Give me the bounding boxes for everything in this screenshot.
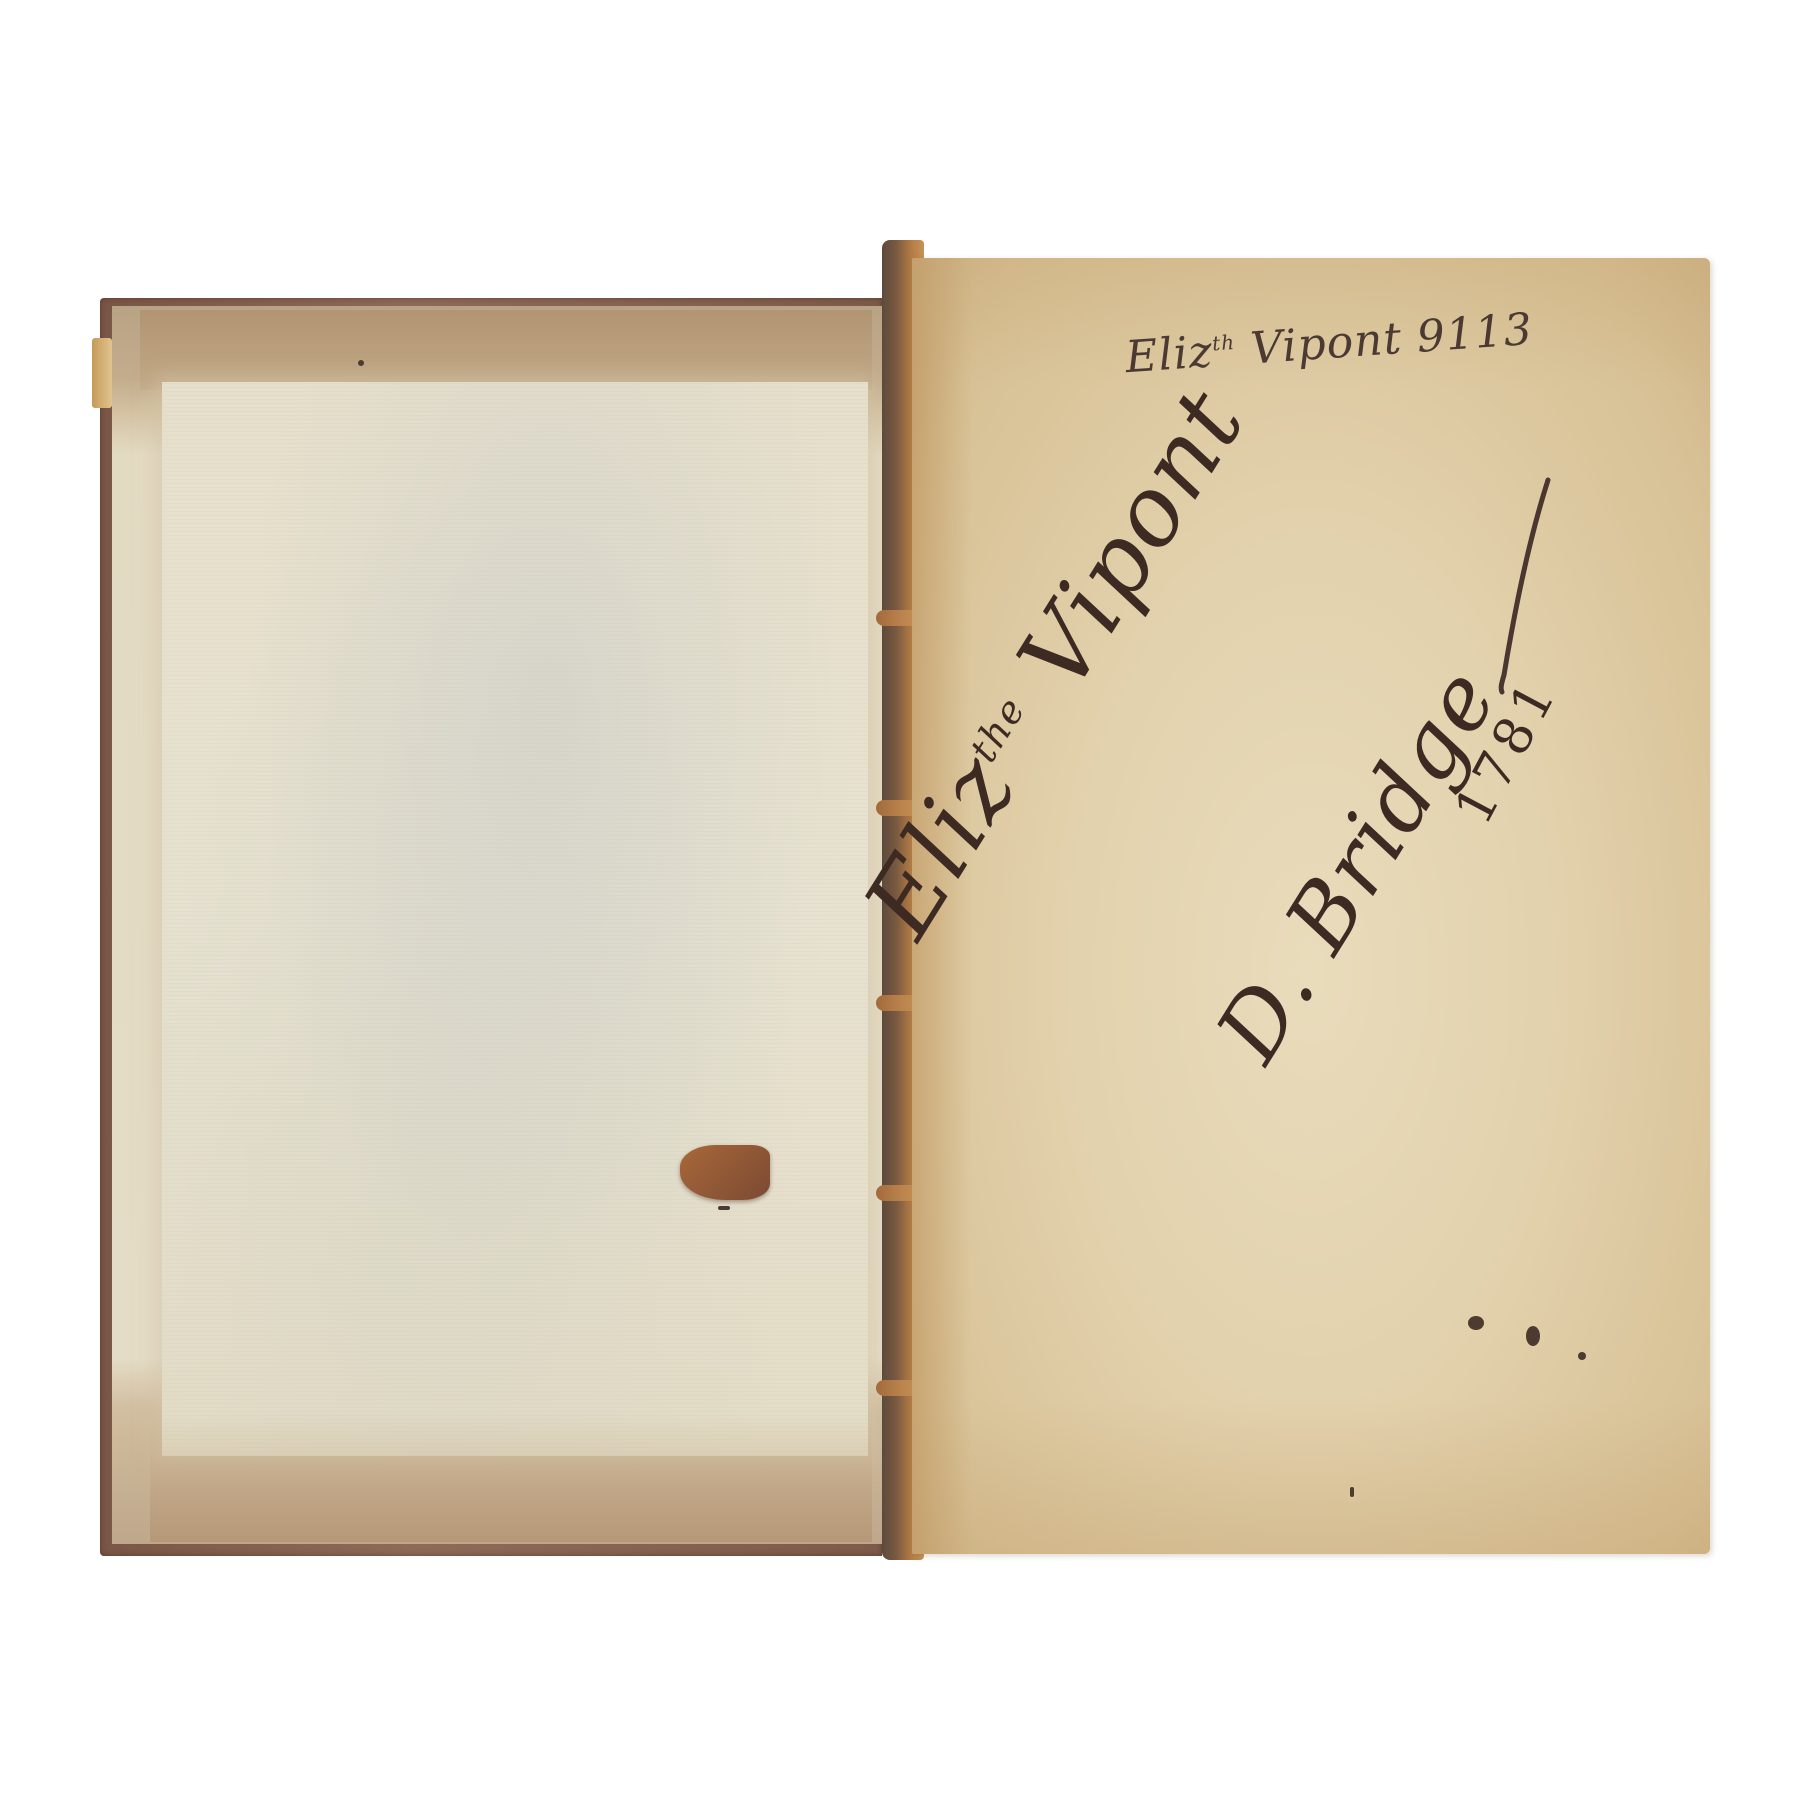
inside-front-cover — [100, 298, 882, 1556]
inscription-surname: Vipont — [1249, 313, 1404, 374]
ink-spot — [358, 360, 364, 366]
ink-spot — [1350, 1487, 1354, 1497]
inscription-superscript: th — [1211, 330, 1236, 356]
ink-spot — [1526, 1326, 1540, 1346]
inscription-number: 9113 — [1415, 304, 1534, 363]
pen-flourish-icon — [1440, 470, 1620, 700]
ink-spot — [1578, 1352, 1586, 1360]
ink-spot — [1468, 1316, 1484, 1330]
torn-leather-flap — [680, 1145, 770, 1200]
ink-spot — [718, 1206, 730, 1210]
top-foxing-stain — [140, 310, 872, 390]
pastedown-paper — [162, 382, 868, 1456]
bottom-foxing-stain — [150, 1412, 872, 1542]
worn-corner-leather — [92, 338, 112, 408]
